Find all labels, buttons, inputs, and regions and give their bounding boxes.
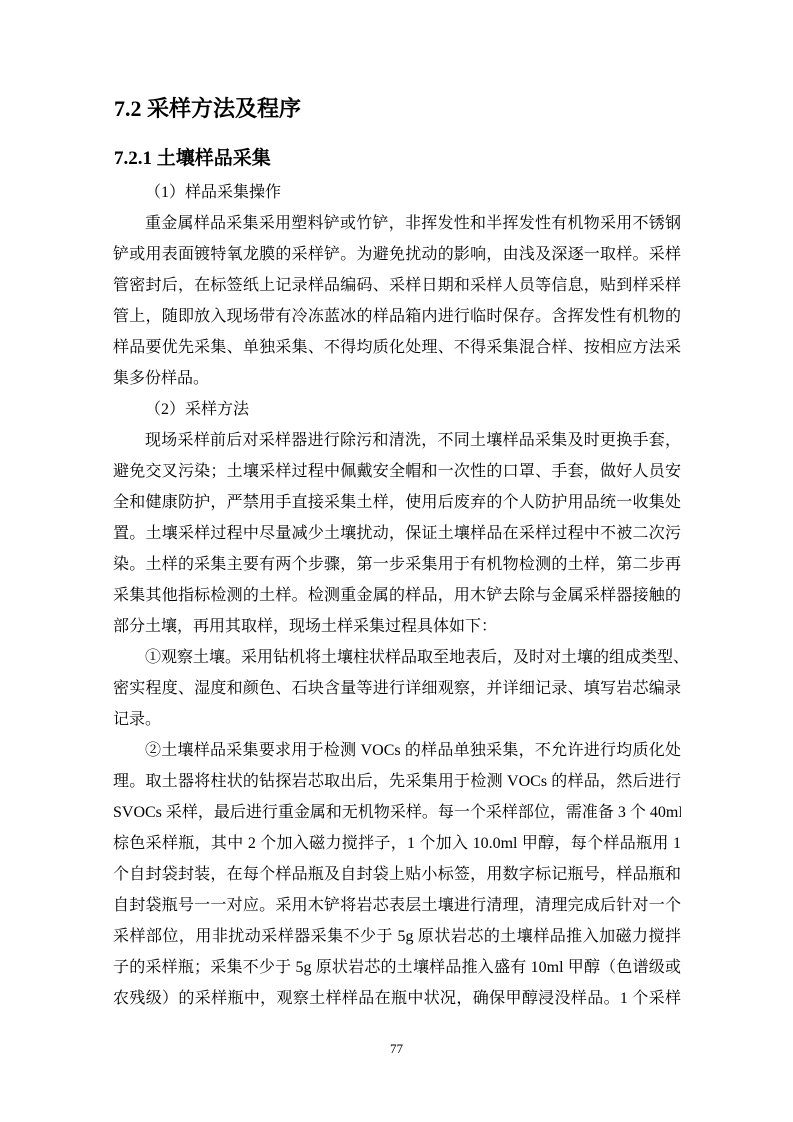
section-heading-7-2: 7.2 采样方法及程序 bbox=[114, 94, 301, 124]
paragraph-line: 部分土壤，再用其取样，现场土样采集过程具体如下： bbox=[113, 611, 681, 642]
paragraph-line: 理。取土器将柱状的钻探岩芯取出后，先采集用于检测 VOCs 的样品，然后进行 bbox=[113, 766, 681, 797]
paragraph-line: 个自封袋封装，在每个样品瓶及自封袋上贴小标签，用数字标记瓶号，样品瓶和 bbox=[113, 859, 681, 890]
subsection-heading-7-2-1: 7.2.1 土壤样品采集 bbox=[114, 146, 271, 172]
paragraph-line: 置。土壤采样过程中尽量减少土壤扰动，保证土壤样品在采样过程中不被二次污 bbox=[113, 518, 681, 549]
page-footer: 77 bbox=[0, 1040, 793, 1058]
section-subheading: （1）样品采集操作 bbox=[113, 177, 681, 208]
paragraph-line: 子的采样瓶；采集不少于 5g 原状岩芯的土壤样品推入盛有 10ml 甲醇（色谱级… bbox=[113, 952, 681, 983]
paragraph-line: 集多份样品。 bbox=[113, 363, 681, 394]
paragraph-line: 染。土样的采集主要有两个步骤，第一步采集用于有机物检测的土样，第二步再 bbox=[113, 549, 681, 580]
paragraph-line: 管上，随即放入现场带有冷冻蓝冰的样品箱内进行临时保存。含挥发性有机物的 bbox=[113, 301, 681, 332]
paragraph-line: ①观察土壤。采用钻机将土壤柱状样品取至地表后，及时对土壤的组成类型、 bbox=[113, 642, 681, 673]
paragraph-line: 记录。 bbox=[113, 704, 681, 735]
paragraph-line: 自封袋瓶号一一对应。采用木铲将岩芯表层土壤进行清理，清理完成后针对一个 bbox=[113, 890, 681, 921]
page-number: 77 bbox=[390, 1041, 403, 1056]
paragraph-line: 密实程度、湿度和颜色、石块含量等进行详细观察，并详细记录、填写岩芯编录 bbox=[113, 673, 681, 704]
paragraph-line: 避免交叉污染；土壤采样过程中佩戴安全帽和一次性的口罩、手套，做好人员安 bbox=[113, 456, 681, 487]
paragraph-line: 棕色采样瓶，其中 2 个加入磁力搅拌子，1 个加入 10.0ml 甲醇，每个样品… bbox=[113, 828, 681, 859]
document-body: （1）样品采集操作重金属样品采集采用塑料铲或竹铲，非挥发性和半挥发性有机物采用不… bbox=[113, 177, 681, 1014]
paragraph-line: 采样部位，用非扰动采样器采集不少于 5g 原状岩芯的土壤样品推入加磁力搅拌 bbox=[113, 921, 681, 952]
paragraph-line: 采集其他指标检测的土样。检测重金属的样品，用木铲去除与金属采样器接触的 bbox=[113, 580, 681, 611]
document-page: 7.2 采样方法及程序 7.2.1 土壤样品采集 （1）样品采集操作重金属样品采… bbox=[0, 0, 793, 1122]
paragraph-line: ②土壤样品采集要求用于检测 VOCs 的样品单独采集，不允许进行均质化处 bbox=[113, 735, 681, 766]
paragraph-line: 样品要优先采集、单独采集、不得均质化处理、不得采集混合样、按相应方法采 bbox=[113, 332, 681, 363]
paragraph-line: 农残级）的采样瓶中，观察土样样品在瓶中状况，确保甲醇浸没样品。1 个采样 bbox=[113, 983, 681, 1014]
paragraph-line: 现场采样前后对采样器进行除污和清洗，不同土壤样品采集及时更换手套， bbox=[113, 425, 681, 456]
paragraph-line: 重金属样品采集采用塑料铲或竹铲，非挥发性和半挥发性有机物采用不锈钢 bbox=[113, 208, 681, 239]
section-subheading: （2）采样方法 bbox=[113, 394, 681, 425]
paragraph-line: 铲或用表面镀特氧龙膜的采样铲。为避免扰动的影响，由浅及深逐一取样。采样 bbox=[113, 239, 681, 270]
paragraph-line: 全和健康防护，严禁用手直接采集土样，使用后废弃的个人防护用品统一收集处 bbox=[113, 487, 681, 518]
paragraph-line: SVOCs 采样，最后进行重金属和无机物采样。每一个采样部位，需准备 3 个 4… bbox=[113, 797, 681, 828]
paragraph-line: 管密封后，在标签纸上记录样品编码、采样日期和采样人员等信息，贴到样采样 bbox=[113, 270, 681, 301]
